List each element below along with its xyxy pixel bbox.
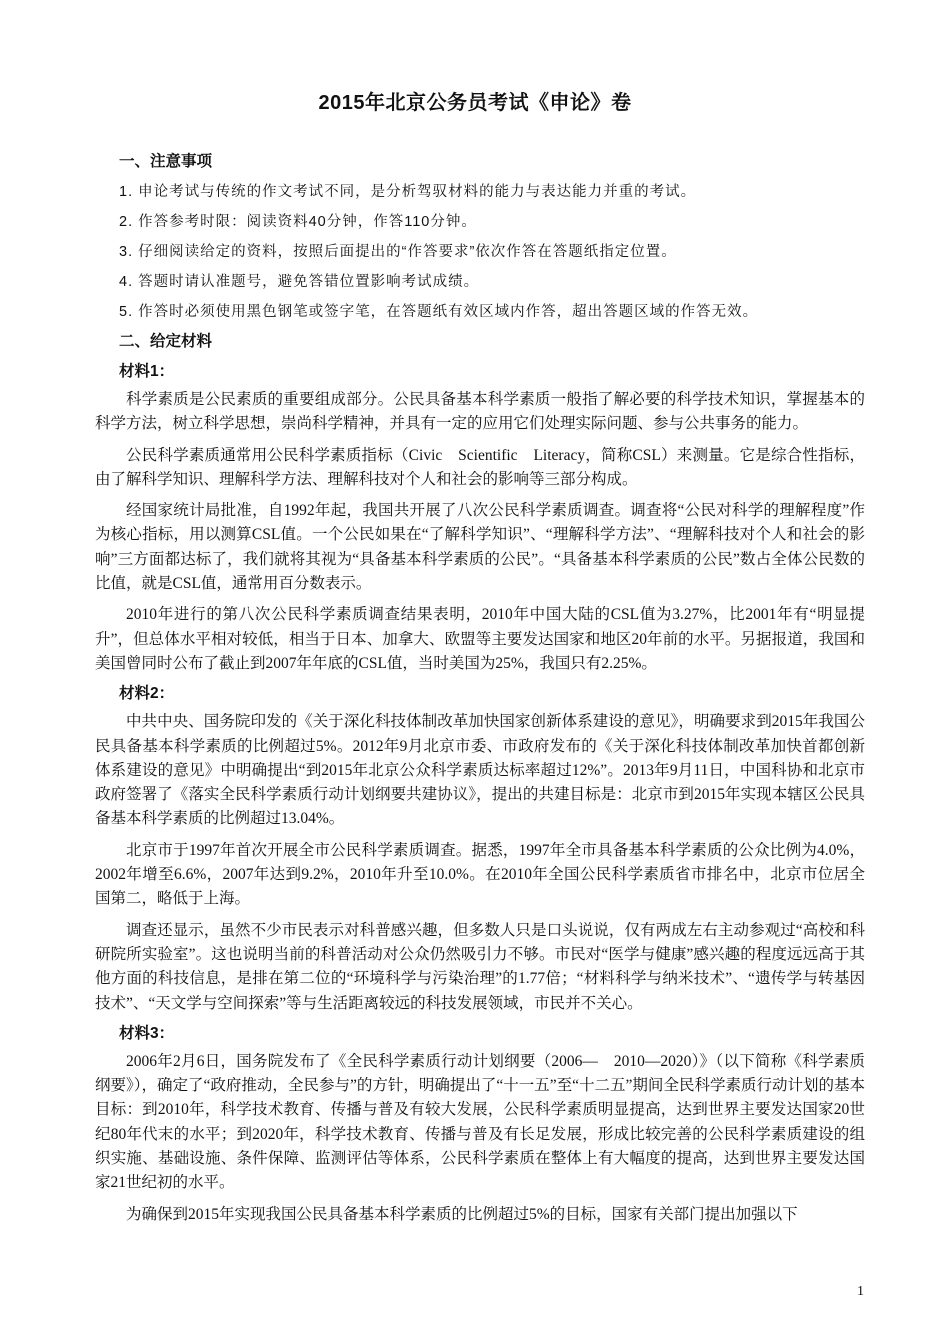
material-2: 材料2： 中共中央、国务院印发的《关于深化科技体制改革加快国家创新体系建设的意见… xyxy=(95,684,865,1016)
notice-item: 5. 作答时必须使用黑色钢笔或签字笔，在答题纸有效区域内作答，超出答题区域的作答… xyxy=(95,302,865,322)
paragraph: 调查还显示，虽然不少市民表示对科普感兴趣，但多数人只是口头说说，仅有两成左右主动… xyxy=(95,919,865,1016)
paragraph: 公民科学素质通常用公民科学素质指标（Civic Scientific Liter… xyxy=(95,444,865,493)
document-title: 2015年北京公务员考试《申论》卷 xyxy=(0,86,950,115)
page-number: 1 xyxy=(857,1284,864,1300)
section-heading-notice: 一、注意事项 xyxy=(95,152,865,172)
paragraph: 2006年2月6日，国务院发布了《全民科学素质行动计划纲要（2006— 2010… xyxy=(95,1050,865,1196)
material-label: 材料1： xyxy=(95,362,865,382)
section-heading-materials: 二、给定材料 xyxy=(95,332,865,352)
document-body: 一、注意事项 1. 申论考试与传统的作文考试不同，是分析驾驭材料的能力与表达能力… xyxy=(95,150,865,1227)
paragraph: 北京市于1997年首次开展全市公民科学素质调查。据悉，1997年全市具备基本科学… xyxy=(95,839,865,912)
notice-item: 3. 仔细阅读给定的资料，按照后面提出的“作答要求”依次作答在答题纸指定位置。 xyxy=(95,242,865,262)
paragraph: 中共中央、国务院印发的《关于深化科技体制改革加快国家创新体系建设的意见》，明确要… xyxy=(95,710,865,831)
material-label: 材料3： xyxy=(95,1024,865,1044)
material-1: 材料1： 科学素质是公民素质的重要组成部分。公民具备基本科学素质一般指了解必要的… xyxy=(95,362,865,676)
document-page: 2015年北京公务员考试《申论》卷 一、注意事项 1. 申论考试与传统的作文考试… xyxy=(0,0,950,1344)
material-3: 材料3： 2006年2月6日，国务院发布了《全民科学素质行动计划纲要（2006—… xyxy=(95,1024,865,1227)
paragraph: 经国家统计局批准，自1992年起，我国共开展了八次公民科学素质调查。调查将“公民… xyxy=(95,499,865,596)
material-label: 材料2： xyxy=(95,684,865,704)
notice-list: 1. 申论考试与传统的作文考试不同，是分析驾驭材料的能力与表达能力并重的考试。 … xyxy=(95,182,865,322)
paragraph: 为确保到2015年实现我国公民具备基本科学素质的比例超过5%的目标，国家有关部门… xyxy=(95,1203,865,1227)
paragraph: 科学素质是公民素质的重要组成部分。公民具备基本科学素质一般指了解必要的科学技术知… xyxy=(95,388,865,437)
notice-item: 2. 作答参考时限：阅读资料40分钟，作答110分钟。 xyxy=(95,212,865,232)
notice-item: 4. 答题时请认准题号，避免答错位置影响考试成绩。 xyxy=(95,272,865,292)
notice-item: 1. 申论考试与传统的作文考试不同，是分析驾驭材料的能力与表达能力并重的考试。 xyxy=(95,182,865,202)
paragraph: 2010年进行的第八次公民科学素质调查结果表明，2010年中国大陆的CSL值为3… xyxy=(95,603,865,676)
